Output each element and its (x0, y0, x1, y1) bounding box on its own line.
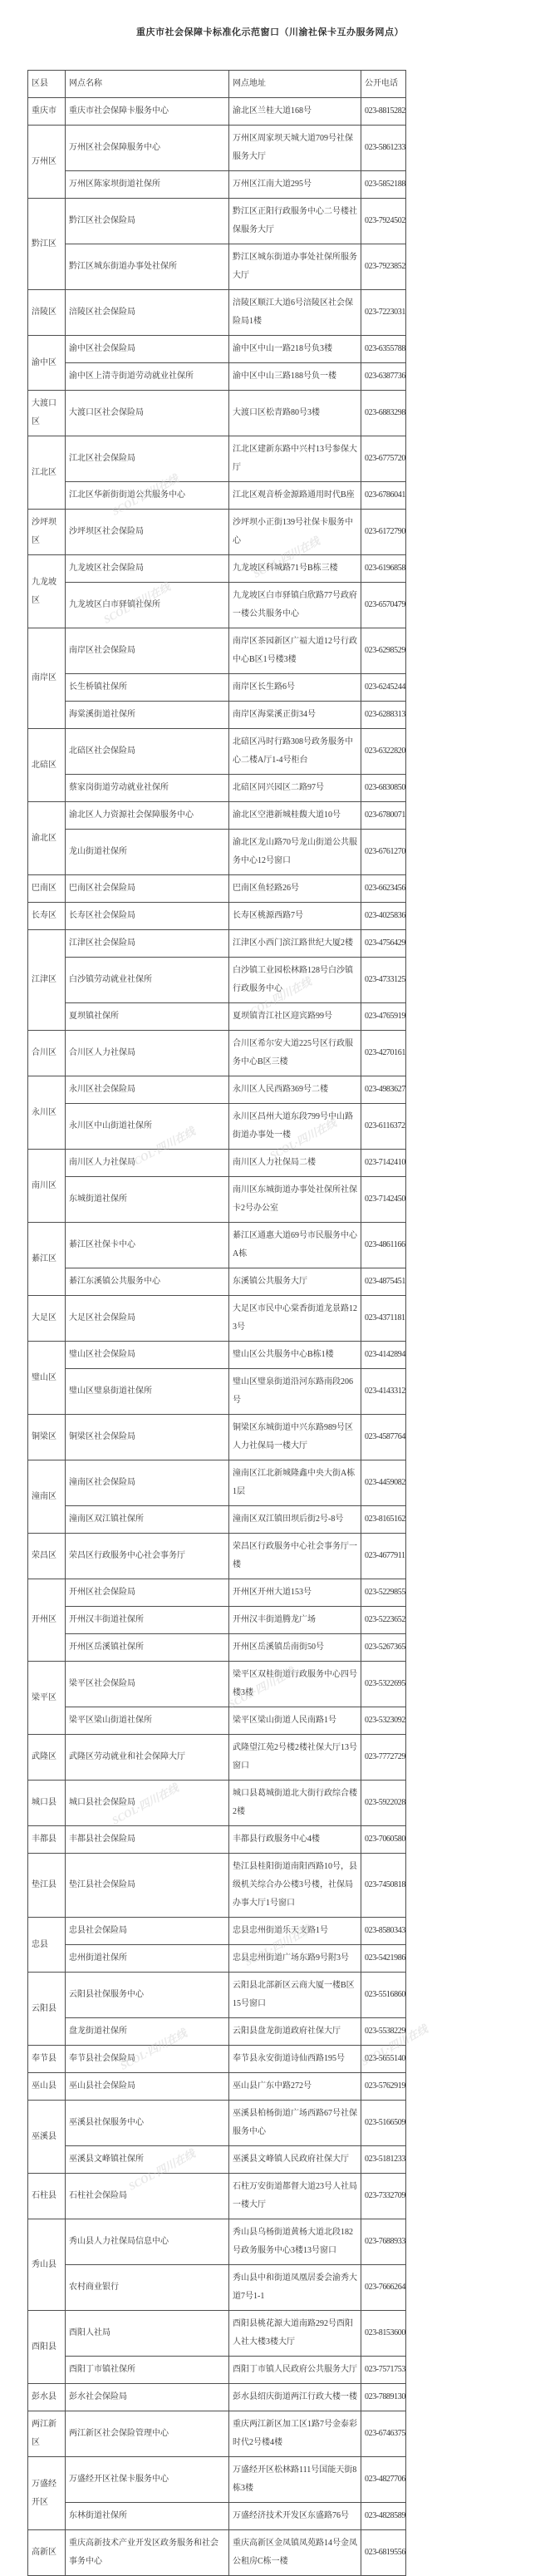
table-row: 长寿区长寿区社会保险局长寿区桃源西路7号023-40258364 (28, 903, 406, 930)
public-phone-cell: 023-40258364 (361, 903, 406, 930)
table-row: 云阳县云阳县社保服务中心云阳县北部新区云商大厦一楼B区15号窗口023-5516… (28, 1973, 406, 2018)
public-phone-cell: 023-68308507 (361, 775, 406, 802)
page-title: 重庆市社会保障卡标准化示范窗口（川渝社保卡互办服务网点） (54, 0, 486, 38)
table-row: 垫江县垫江县社会保险局垫江县桂阳街道南阳西路10号，县级机关综合办公楼3号楼，社… (28, 1854, 406, 1918)
header-name: 网点名称 (66, 71, 229, 98)
district-cell: 大渡口区 (28, 391, 66, 436)
public-phone-cell: 023-46779113 (361, 1534, 406, 1579)
branch-name-cell: 龙山街道社保所 (66, 830, 229, 875)
public-phone-cell: 023-81651627 (361, 1506, 406, 1534)
branch-name-cell: 黔江区城东街道办事处社保所 (66, 244, 229, 290)
public-phone-cell: 023-70605809 (361, 1826, 406, 1854)
branch-address-cell: 黔江区城东街道办事处社保所服务大厅 (229, 244, 361, 290)
branch-name-cell: 南川区人力社保局 (66, 1150, 229, 1177)
branch-address-cell: 白沙镇工业园松林路128号白沙镇行政服务中心 (229, 958, 361, 1003)
header-phone: 公开电话 (361, 71, 406, 98)
public-phone-cell: 023-49836270 (361, 1076, 406, 1104)
table-row: 荣昌区荣昌区行政服务中心社会事务厅荣昌区行政服务中心社会事务厅一楼023-467… (28, 1534, 406, 1579)
public-phone-cell: 023-59220287 (361, 1781, 406, 1826)
table-row: 忠州街道社保所忠县忠州街道广场东路9号附3号023-54219867 (28, 1945, 406, 1973)
public-phone-cell: 023-78891309 (361, 2384, 406, 2411)
table-row: 梁平区梁平区社会保险局梁平区双桂街道行政服务中心四号楼3楼023-5322695… (28, 1662, 406, 1707)
table-row: 开州区开州区社会保险局开州区开州大道153号023-52298555 (28, 1579, 406, 1607)
branch-address-cell: 巫溪县文峰镇人民政府社保大厅 (229, 2146, 361, 2174)
branch-name-cell: 石柱社会保险局 (66, 2174, 229, 2219)
branch-address-cell: 丰都县行政服务中心4楼 (229, 1826, 361, 1854)
public-phone-cell: 023-67463757 (361, 2411, 406, 2457)
district-cell: 开州区 (28, 1579, 66, 1662)
public-phone-cell: 023-66234566 (361, 875, 406, 903)
branch-name-cell: 酉阳丁市镇社保所 (66, 2357, 229, 2384)
table-row: 奉节县奉节县社会保险局奉节县永安街道诗仙西路195号023-56551409 (28, 2046, 406, 2073)
branch-address-cell: 渝北区空港新城桂馥大道10号 (229, 802, 361, 830)
district-cell: 丰都县 (28, 1826, 66, 1854)
public-phone-cell: 023-52298555 (361, 1579, 406, 1607)
table-row: 綦江区綦江区社保卡中心綦江区通惠大道69号市民服务中心A栋023-4861166… (28, 1223, 406, 1268)
branch-name-cell: 蔡家岗街道劳动就业社保所 (66, 775, 229, 802)
public-phone-cell: 023-81536007 (361, 2311, 406, 2357)
branch-name-cell: 江津区社会保险局 (66, 930, 229, 958)
public-phone-cell: 023-85803437 (361, 1918, 406, 1945)
branch-address-cell: 巫山县广东中路272号 (229, 2073, 361, 2101)
public-phone-cell: 023-77727293 (361, 1735, 406, 1781)
public-phone-cell: 023-61727900 (361, 510, 406, 555)
public-phone-cell: 023-71424506 (361, 1177, 406, 1223)
branch-name-cell: 渝中区社会保险局 (66, 336, 229, 363)
district-cell: 酉阳县 (28, 2311, 66, 2384)
table-row: 开州汉丰街道社保所开州汉丰街道腾龙广场023-52236523 (28, 1607, 406, 1634)
district-cell: 梁平区 (28, 1662, 66, 1735)
branch-address-cell: 渝中区中山三路188号负一楼 (229, 363, 361, 391)
district-cell: 北碚区 (28, 729, 66, 802)
public-phone-cell: 023-45877644 (361, 1415, 406, 1460)
district-cell: 高新区 (28, 2530, 66, 2576)
branch-address-cell: 开州区开州大道153号 (229, 1579, 361, 1607)
district-cell: 南岸区 (28, 628, 66, 729)
district-cell: 渝北区 (28, 802, 66, 875)
branch-address-cell: 梁平区梁山街道人民南路1号 (229, 1707, 361, 1735)
table-row: 渝中区上清寺街道劳动就业社保所渝中区中山三路188号负一楼023-6387736… (28, 363, 406, 391)
branch-name-cell: 北碚区社会保险局 (66, 729, 229, 775)
public-phone-cell: 023-79245026 (361, 199, 406, 244)
district-cell: 潼南区 (28, 1460, 66, 1534)
district-cell: 大足区 (28, 1296, 66, 1342)
public-phone-cell: 023-51812331 (361, 2146, 406, 2174)
table-row: 铜梁区铜梁区社会保险局铜梁区东城街道中兴东路989号区人力社保局一楼大厅023-… (28, 1415, 406, 1460)
table-row: 梁平区梁山街道社保所梁平区梁山街道人民南路1号023-53230926 (28, 1707, 406, 1735)
branch-address-cell: 九龙坡区白市驿镇白欣路77号政府一楼公共服务中心 (229, 583, 361, 628)
branch-name-cell: 九龙坡区社会保险局 (66, 555, 229, 583)
district-cell: 万州区 (28, 126, 66, 199)
district-cell: 万盛经开区 (28, 2457, 66, 2530)
district-cell: 渝中区 (28, 336, 66, 391)
district-cell: 沙坪坝区 (28, 510, 66, 555)
public-phone-cell: 023-61163722 (361, 1104, 406, 1150)
table-row: 巫溪县文峰镇社保所巫溪县文峰镇人民政府社保大厅023-51812331 (28, 2146, 406, 2174)
table-row: 重庆市重庆市社会保障卡服务中心渝北区兰桂大道168号023-88152821 (28, 98, 406, 126)
public-phone-cell: 023-52673652 (361, 1634, 406, 1662)
district-cell: 云阳县 (28, 1973, 66, 2046)
public-phone-cell: 023-67757209 (361, 436, 406, 482)
district-cell: 永川区 (28, 1076, 66, 1150)
branch-name-cell: 奉节县社会保险局 (66, 2046, 229, 2073)
public-phone-cell: 023-68195562 (361, 2530, 406, 2576)
branch-name-cell: 永川区中山街道社保所 (66, 1104, 229, 1150)
branch-address-cell: 江津区小西门滨江路世纪大厦2楼 (229, 930, 361, 958)
public-phone-cell: 023-67800710 (361, 802, 406, 830)
table-row: 渝北区渝北区人力资源社会保障服务中心渝北区空港新城桂馥大道10号023-6780… (28, 802, 406, 830)
table-row: 盘龙街道社保所云阳县盘龙街道政府社保大厅023-55382299 (28, 2018, 406, 2046)
table-row: 綦江东溪镇公共服务中心东溪镇公共服务大厅023-48754517 (28, 1268, 406, 1296)
branch-address-cell: 璧山区公共服务中心B栋1楼 (229, 1342, 361, 1369)
branch-name-cell: 盘龙街道社保所 (66, 2018, 229, 2046)
table-row: 合川区合川区人力社保局合川区希尔安大道225号区行政服务中心B区三楼023-42… (28, 1031, 406, 1076)
public-phone-cell: 023-52236523 (361, 1607, 406, 1634)
table-row: 万盛经开区万盛经开区社保卡服务中心万盛经开区松林路111号国能天街8栋3楼023… (28, 2457, 406, 2503)
table-row: 夏坝镇社保所夏坝镇青江社区迎宾路99号023-47659199 (28, 1003, 406, 1031)
branch-name-cell: 彭水社会保险局 (66, 2384, 229, 2411)
table-row: 大渡口区大渡口区社会保险局大渡口区松青路80号3楼023-68832981 (28, 391, 406, 436)
table-row: 万州区陈家坝街道社保所万州区江南大道295号023-58521880 (28, 171, 406, 199)
district-cell: 荣昌区 (28, 1534, 66, 1579)
branch-address-cell: 江北区建新东路中兴村13号参保大厅 (229, 436, 361, 482)
branch-address-cell: 北碚区同兴园区二路97号 (229, 775, 361, 802)
branch-address-cell: 夏坝镇青江社区迎宾路99号 (229, 1003, 361, 1031)
branch-address-cell: 重庆两江新区加工区1路7号金泰彩时代2号楼4楼 (229, 2411, 361, 2457)
public-phone-cell: 023-55382299 (361, 2018, 406, 2046)
branch-address-cell: 忠县忠州街道乐天支路1号 (229, 1918, 361, 1945)
branch-address-cell: 渝北区兰桂大道168号 (229, 98, 361, 126)
table-row: 江北区江北区社会保险局江北区建新东路中兴村13号参保大厅023-67757209 (28, 436, 406, 482)
table-row: 潼南区双江镇社保所潼南区双江镇田坝后街2号-8号023-81651627 (28, 1506, 406, 1534)
page: 重庆市社会保障卡标准化示范窗口（川渝社保卡互办服务网点） 区县 网点名称 网点地… (0, 0, 540, 2576)
table-header-row: 区县 网点名称 网点地址 公开电话 (28, 71, 406, 98)
table-row: 黔江区城东街道办事处社保所黔江区城东街道办事处社保所服务大厅023-792385… (28, 244, 406, 290)
branch-address-cell: 彭水县绍庆街道两江行政大楼一楼 (229, 2384, 361, 2411)
branch-address-cell: 渝中区中山一路218号负3楼 (229, 336, 361, 363)
branch-address-cell: 酉阳县桃花源大道南路292号酉阳人社大楼3楼大厅 (229, 2311, 361, 2357)
branch-name-cell: 万盛经开区社保卡服务中心 (66, 2457, 229, 2503)
table-row: 彭水县彭水社会保险局彭水县绍庆街道两江行政大楼一楼023-78891309 (28, 2384, 406, 2411)
branch-name-cell: 永川区社会保险局 (66, 1076, 229, 1104)
branch-name-cell: 万州区社会保障服务中心 (66, 126, 229, 171)
branch-address-cell: 重庆高新区金凤镇凤苑路14号金凤公租房C栋一楼 (229, 2530, 361, 2576)
branch-address-cell: 万盛经济技术开发区东盛路76号 (229, 2503, 361, 2530)
branch-name-cell: 长寿区社会保险局 (66, 903, 229, 930)
branch-name-cell: 东城街道社保所 (66, 1177, 229, 1223)
public-phone-cell: 023-58521880 (361, 171, 406, 199)
district-cell: 重庆市 (28, 98, 66, 126)
branch-name-cell: 璧山区社会保险局 (66, 1342, 229, 1369)
branch-name-cell: 开州区岳溪镇社保所 (66, 1634, 229, 1662)
public-phone-cell: 023-48754517 (361, 1268, 406, 1296)
branch-address-cell: 酉阳丁市镇人民政府公共服务大厅 (229, 2357, 361, 2384)
branch-name-cell: 巴南区社会保险局 (66, 875, 229, 903)
table-row: 永川区中山街道社保所永川区昌州大道东段799号中山路街道办事处一楼023-611… (28, 1104, 406, 1150)
district-cell: 两江新区 (28, 2411, 66, 2457)
branch-name-cell: 重庆市社会保障卡服务中心 (66, 98, 229, 126)
table-row: 海棠溪街道社保所南岸区海棠溪正街34号023-62883135 (28, 702, 406, 729)
branch-address-cell: 渝北区龙山路70号龙山街道公共服务中心12号窗口 (229, 830, 361, 875)
district-cell: 合川区 (28, 1031, 66, 1076)
public-phone-cell: 023-51665099 (361, 2101, 406, 2146)
table-row: 酉阳丁市镇社保所酉阳丁市镇人民政府公共服务大厅023-75717533 (28, 2357, 406, 2384)
branch-address-cell: 永川区昌州大道东段799号中山路街道办事处一楼 (229, 1104, 361, 1150)
table-row: 璧山区璧山区社会保险局璧山区公共服务中心B栋1楼023-41428949 (28, 1342, 406, 1369)
branch-address-cell: 开州汉丰街道腾龙广场 (229, 1607, 361, 1634)
branch-address-cell: 北碚区冯时行路308号政务服务中心二楼A厅1-4号柜台 (229, 729, 361, 775)
branch-name-cell: 两江新区社会保险管理中心 (66, 2411, 229, 2457)
branch-address-cell: 沙坪坝小正街139号社保卡服务中心 (229, 510, 361, 555)
branch-name-cell: 合川区人力社保局 (66, 1031, 229, 1076)
branch-name-cell: 铜梁区社会保险局 (66, 1415, 229, 1460)
branch-name-cell: 巫山县社会保险局 (66, 2073, 229, 2101)
table-row: 东林街道社保所万盛经济技术开发区东盛路76号023-48285892 (28, 2503, 406, 2530)
district-cell: 璧山区 (28, 1342, 66, 1415)
public-phone-cell: 023-63228203 (361, 729, 406, 775)
table-row: 丰都县丰都县社会保险局丰都县行政服务中心4楼023-70605809 (28, 1826, 406, 1854)
district-cell: 秀山县 (28, 2219, 66, 2311)
table-row: 永川区永川区社会保险局永川区人民西路369号二楼023-49836270 (28, 1076, 406, 1104)
table-row: 武隆区武隆区劳动就业和社会保障大厅武隆望江苑2号楼2楼社保大厅13号窗口023-… (28, 1735, 406, 1781)
table-row: 沙坪坝区沙坪坝区社会保险局沙坪坝小正街139号社保卡服务中心023-617279… (28, 510, 406, 555)
table-row: 北碚区北碚区社会保险局北碚区冯时行路308号政务服务中心二楼A厅1-4号柜台02… (28, 729, 406, 775)
table-row: 高新区重庆高新技术产业开发区政务服务和社会事务中心重庆高新区金凤镇凤苑路14号金… (28, 2530, 406, 2576)
table-row: 白沙镇劳动就业社保所白沙镇工业园松林路128号白沙镇行政服务中心023-4733… (28, 958, 406, 1003)
table-body: 重庆市重庆市社会保障卡服务中心渝北区兰桂大道168号023-88152821万州… (28, 98, 406, 2576)
branch-address-cell: 万州区周家坝天城大道709号社保服务大厅 (229, 126, 361, 171)
branch-address-cell: 大足区市民中心棠香街道龙景路123号 (229, 1296, 361, 1342)
public-phone-cell: 023-47331253 (361, 958, 406, 1003)
public-phone-cell: 023-67860412 (361, 482, 406, 510)
district-cell: 石柱县 (28, 2174, 66, 2219)
district-cell: 城口县 (28, 1781, 66, 1826)
public-phone-cell: 023-75717533 (361, 2357, 406, 2384)
table-row: 万州区万州区社会保障服务中心万州区周家坝天城大道709号社保服务大厅023-58… (28, 126, 406, 171)
branch-address-cell: 秀山县中和街道凤凰居委会渝秀大道7号1-1 (229, 2265, 361, 2311)
table-row: 大足区大足区社会保险局大足区市民中心棠香街道龙景路123号023-4371181… (28, 1296, 406, 1342)
district-cell: 涪陵区 (28, 290, 66, 336)
branch-name-cell: 潼南区双江镇社保所 (66, 1506, 229, 1534)
branch-name-cell: 渝中区上清寺街道劳动就业社保所 (66, 363, 229, 391)
table-row: 忠县忠县社会保险局忠县忠州街道乐天支路1号023-85803437 (28, 1918, 406, 1945)
branch-address-cell: 开州区岳溪镇岳南街50号 (229, 1634, 361, 1662)
branch-name-cell: 梁平区梁山街道社保所 (66, 1707, 229, 1735)
branch-address-cell: 城口县葛城街道北大街行政综合楼2楼 (229, 1781, 361, 1826)
branch-name-cell: 江北区社会保险局 (66, 436, 229, 482)
branch-name-cell: 农村商业银行 (66, 2265, 229, 2311)
district-cell: 武隆区 (28, 1735, 66, 1781)
branch-address-cell: 合川区希尔安大道225号区行政服务中心B区三楼 (229, 1031, 361, 1076)
table-row: 龙山街道社保所渝北区龙山路70号龙山街道公共服务中心12号窗口023-67612… (28, 830, 406, 875)
branch-address-cell: 石柱万安街道都督大道23号人社局一楼大厅 (229, 2174, 361, 2219)
public-phone-cell: 023-47659199 (361, 1003, 406, 1031)
district-cell: 忠县 (28, 1918, 66, 1973)
branch-name-cell: 忠州街道社保所 (66, 1945, 229, 1973)
branch-address-cell: 东溪镇公共服务大厅 (229, 1268, 361, 1296)
public-phone-cell: 023-68832981 (361, 391, 406, 436)
public-phone-cell: 023-48285892 (361, 2503, 406, 2530)
district-cell: 南川区 (28, 1150, 66, 1223)
branch-name-cell: 沙坪坝区社会保险局 (66, 510, 229, 555)
branch-name-cell: 夏坝镇社保所 (66, 1003, 229, 1031)
branch-name-cell: 东林街道社保所 (66, 2503, 229, 2530)
table-row: 巴南区巴南区社会保险局巴南区鱼轻路26号023-66234566 (28, 875, 406, 903)
district-cell: 奉节县 (28, 2046, 66, 2073)
branch-name-cell: 开州汉丰街道社保所 (66, 1607, 229, 1634)
district-cell: 铜梁区 (28, 1415, 66, 1460)
public-phone-cell: 023-53226959 (361, 1662, 406, 1707)
public-phone-cell: 023-62452445 (361, 674, 406, 702)
branch-address-cell: 奉节县永安街道诗仙西路195号 (229, 2046, 361, 2073)
branch-name-cell: 大渡口区社会保险局 (66, 391, 229, 436)
table-row: 璧山区璧泉街道社保所璧山区璧泉街道沿河东路南段206号023-41433120 (28, 1369, 406, 1415)
district-cell: 彭水县 (28, 2384, 66, 2411)
branch-name-cell: 荣昌区行政服务中心社会事务厅 (66, 1534, 229, 1579)
public-phone-cell: 023-76662644 (361, 2265, 406, 2311)
table-row: 巫山县巫山县社会保险局巫山县广东中路272号023-57629196 (28, 2073, 406, 2101)
branch-name-cell: 丰都县社会保险局 (66, 1826, 229, 1854)
table-row: 秀山县秀山县人力社保局信息中心秀山县乌杨街道黄杨大道北段182号政务服务中心3楼… (28, 2219, 406, 2265)
public-phone-cell: 023-55168603 (361, 1973, 406, 2018)
table-row: 黔江区黔江区社会保险局黔江区正阳行政服务中心二号楼社保服务大厅023-79245… (28, 199, 406, 244)
public-phone-cell: 023-58612333 (361, 126, 406, 171)
branch-address-cell: 铜梁区东城街道中兴东路989号区人力社保局一楼大厅 (229, 1415, 361, 1460)
branch-address-cell: 涪陵区顺江大道6号涪陵区社会保险局1楼 (229, 290, 361, 336)
public-phone-cell: 023-57629196 (361, 2073, 406, 2101)
public-phone-cell: 023-67612703 (361, 830, 406, 875)
table-row: 石柱县石柱社会保险局石柱万安街道都督大道23号人社局一楼大厅023-733270… (28, 2174, 406, 2219)
table-row: 江津区江津区社会保险局江津区小西门滨江路世纪大厦2楼023-47564298 (28, 930, 406, 958)
public-phone-cell: 023-47564298 (361, 930, 406, 958)
public-phone-cell: 023-62883135 (361, 702, 406, 729)
public-phone-cell: 023-61968587 (361, 555, 406, 583)
branch-name-cell: 璧山区璧泉街道社保所 (66, 1369, 229, 1415)
table-row: 两江新区两江新区社会保险管理中心重庆两江新区加工区1路7号金泰彩时代2号楼4楼0… (28, 2411, 406, 2457)
district-cell: 江津区 (28, 930, 66, 1031)
public-phone-cell: 023-88152821 (361, 98, 406, 126)
public-phone-cell: 023-56551409 (361, 2046, 406, 2073)
public-phone-cell: 023-71424106 (361, 1150, 406, 1177)
public-phone-cell: 023-65704794 (361, 583, 406, 628)
table-row: 长生桥镇社保所南岸区长生路6号023-62452445 (28, 674, 406, 702)
branch-address-cell: 云阳县北部新区云商大厦一楼B区15号窗口 (229, 1973, 361, 2018)
branch-name-cell: 巫溪县社保服务中心 (66, 2101, 229, 2146)
table-row: 酉阳县酉阳人社局酉阳县桃花源大道南路292号酉阳人社大楼3楼大厅023-8153… (28, 2311, 406, 2357)
public-phone-cell: 023-74508188 (361, 1854, 406, 1918)
district-cell: 巴南区 (28, 875, 66, 903)
public-phone-cell: 023-43711813 (361, 1296, 406, 1342)
table-row: 渝中区渝中区社会保险局渝中区中山一路218号负3楼023-63557884 (28, 336, 406, 363)
branch-address-cell: 潼南区双江镇田坝后街2号-8号 (229, 1506, 361, 1534)
branch-name-cell: 渝北区人力资源社会保障服务中心 (66, 802, 229, 830)
branch-name-cell: 黔江区社会保险局 (66, 199, 229, 244)
branch-address-cell: 万盛经开区松林路111号国能天街8栋3楼 (229, 2457, 361, 2503)
branch-address-cell: 璧山区璧泉街道沿河东路南段206号 (229, 1369, 361, 1415)
table-row: 农村商业银行秀山县中和街道凤凰居委会渝秀大道7号1-1023-76662644 (28, 2265, 406, 2311)
table-row: 江北区华新街街道公共服务中心江北区观音桥金源路通用时代B座023-6786041… (28, 482, 406, 510)
district-cell: 长寿区 (28, 903, 66, 930)
public-phone-cell: 023-63877361 (361, 363, 406, 391)
branch-address-cell: 九龙坡区科城路71号B栋三楼 (229, 555, 361, 583)
table-row: 南岸区南岸区社会保险局南岸区茶园新区广福大道12号行政中心B区1号楼3楼023-… (28, 628, 406, 674)
public-phone-cell: 023-53230926 (361, 1707, 406, 1735)
public-phone-cell: 023-79238525 (361, 244, 406, 290)
branch-address-cell: 武隆望江苑2号楼2楼社保大厅13号窗口 (229, 1735, 361, 1781)
branch-address-cell: 长寿区桃源西路7号 (229, 903, 361, 930)
table-row: 蔡家岗街道劳动就业社保所北碚区同兴园区二路97号023-68308507 (28, 775, 406, 802)
branch-name-cell: 南岸区社会保险局 (66, 628, 229, 674)
district-cell: 綦江区 (28, 1223, 66, 1296)
branch-address-cell: 南岸区长生路6号 (229, 674, 361, 702)
branch-name-cell: 大足区社会保险局 (66, 1296, 229, 1342)
branch-name-cell: 万州区陈家坝街道社保所 (66, 171, 229, 199)
table-row: 开州区岳溪镇社保所开州区岳溪镇岳南街50号023-52673652 (28, 1634, 406, 1662)
district-cell: 黔江区 (28, 199, 66, 290)
table-row: 九龙坡区白市驿镇社保所九龙坡区白市驿镇白欣路77号政府一楼公共服务中心023-6… (28, 583, 406, 628)
district-cell: 垫江县 (28, 1854, 66, 1918)
branch-name-cell: 开州区社会保险局 (66, 1579, 229, 1607)
branch-name-cell: 白沙镇劳动就业社保所 (66, 958, 229, 1003)
branch-address-cell: 秀山县乌杨街道黄杨大道北段182号政务服务中心3楼13号窗口 (229, 2219, 361, 2265)
branch-address-cell: 云阳县盘龙街道政府社保大厅 (229, 2018, 361, 2046)
branch-address-cell: 巴南区鱼轻路26号 (229, 875, 361, 903)
table-row: 涪陵区涪陵区社会保险局涪陵区顺江大道6号涪陵区社会保险局1楼023-722303… (28, 290, 406, 336)
branch-address-cell: 垫江县桂阳街道南阳西路10号，县级机关综合办公楼3号楼，社保局办事大厅1号窗口 (229, 1854, 361, 1918)
branch-address-cell: 忠县忠州街道广场东路9号附3号 (229, 1945, 361, 1973)
header-address: 网点地址 (229, 71, 361, 98)
branch-address-cell: 梁平区双桂街道行政服务中心四号楼3楼 (229, 1662, 361, 1707)
branch-address-cell: 南岸区海棠溪正街34号 (229, 702, 361, 729)
table-row: 城口县城口县社会保险局城口县葛城街道北大街行政综合楼2楼023-59220287 (28, 1781, 406, 1826)
header-district: 区县 (28, 71, 66, 98)
branch-name-cell: 潼南区社会保险局 (66, 1460, 229, 1506)
branch-name-cell: 巫溪县文峰镇社保所 (66, 2146, 229, 2174)
table-row: 南川区南川区人力社保局南川区人力社保局二楼023-71424106 (28, 1150, 406, 1177)
branch-address-cell: 大渡口区松青路80号3楼 (229, 391, 361, 436)
public-phone-cell: 023-62985291 (361, 628, 406, 674)
branch-address-cell: 巫溪县柏杨街道广场西路67号社保服务中心 (229, 2101, 361, 2146)
public-phone-cell: 023-73327098 (361, 2174, 406, 2219)
branch-address-cell: 綦江区通惠大道69号市民服务中心A栋 (229, 1223, 361, 1268)
public-phone-cell: 023-54219867 (361, 1945, 406, 1973)
branch-address-cell: 黔江区正阳行政服务中心二号楼社保服务大厅 (229, 199, 361, 244)
public-phone-cell: 023-48611663 (361, 1223, 406, 1268)
branch-name-cell: 忠县社会保险局 (66, 1918, 229, 1945)
branch-name-cell: 秀山县人力社保局信息中心 (66, 2219, 229, 2265)
public-phone-cell: 023-72230314 (361, 290, 406, 336)
branch-name-cell: 梁平区社会保险局 (66, 1662, 229, 1707)
branch-name-cell: 涪陵区社会保险局 (66, 290, 229, 336)
table-row: 潼南区潼南区社会保险局潼南区江北新城隆鑫中央大街A栋1层023-44590826 (28, 1460, 406, 1506)
branch-name-cell: 綦江区社保卡中心 (66, 1223, 229, 1268)
branch-address-cell: 永川区人民西路369号二楼 (229, 1076, 361, 1104)
branch-name-cell: 长生桥镇社保所 (66, 674, 229, 702)
district-cell: 巫山县 (28, 2073, 66, 2101)
public-phone-cell: 023-41433120 (361, 1369, 406, 1415)
public-phone-cell: 023-63557884 (361, 336, 406, 363)
service-points-table: 区县 网点名称 网点地址 公开电话 重庆市重庆市社会保障卡服务中心渝北区兰桂大道… (27, 70, 406, 2576)
branch-name-cell: 江北区华新街街道公共服务中心 (66, 482, 229, 510)
branch-address-cell: 南川区人力社保局二楼 (229, 1150, 361, 1177)
branch-address-cell: 南岸区茶园新区广福大道12号行政中心B区1号楼3楼 (229, 628, 361, 674)
table-row: 东城街道社保所南川区东城街道办事处社保所社保卡2号办公室023-71424506 (28, 1177, 406, 1223)
table-row: 九龙坡区九龙坡区社会保险局九龙坡区科城路71号B栋三楼023-61968587 (28, 555, 406, 583)
public-phone-cell: 023-76889336 (361, 2219, 406, 2265)
branch-address-cell: 荣昌区行政服务中心社会事务厅一楼 (229, 1534, 361, 1579)
branch-name-cell: 垫江县社会保险局 (66, 1854, 229, 1918)
branch-address-cell: 江北区观音桥金源路通用时代B座 (229, 482, 361, 510)
